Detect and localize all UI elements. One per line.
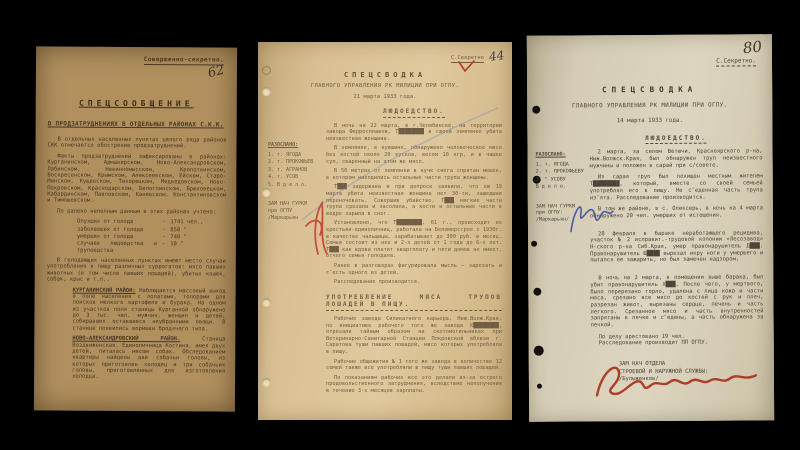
paragraph: КУРГАНИНСКИЙ РАЙОН: Наблюдается массовый…: [72, 287, 225, 333]
paragraph: В отдельных населенных пунктах целого ря…: [47, 136, 226, 150]
punch-hole: [262, 87, 271, 96]
stat-value: 1741 чел.,: [170, 219, 203, 226]
recipients-label: РАЗОСЛАНО:: [536, 151, 590, 158]
stats-row: заболевших от голода - 858 ": [77, 226, 226, 233]
document-right: 80 С.Секретно. СПЕЦСВОДКА ГЛАВНОГО УПРАВ…: [527, 34, 774, 421]
paragraph: В землянке, в кувшине, обнаружено челове…: [326, 145, 502, 165]
stat-label: заболевших от голода: [77, 226, 157, 233]
paragraph: В ночь на 2 марта, в помещении выше бара…: [590, 274, 763, 329]
recipient-item: 2. т. ПРОКОФЬЕВУ: [536, 168, 590, 175]
paragraph: 28 февраля в бараке неработающего рециди…: [590, 230, 763, 265]
footer-signature-block: ЗАМ НАЧ ОТДЕЛА СТРОЕВОЙ И НАРУЖНОЙ СЛУЖБ…: [619, 360, 764, 383]
recipient-item: 1. т. ЯГОДА: [268, 152, 324, 159]
doc-body: ЛЮДОЕДСТВО. 2 марта, за селом Ветючи, Кр…: [589, 134, 764, 384]
famine-stats-table: Опухших от голода - 1741 чел., заболевши…: [77, 219, 226, 255]
punch-hole: [262, 298, 271, 307]
stats-row: умерших от голода - 740 ": [77, 234, 226, 241]
signer-line: /Булыженков/: [619, 375, 764, 383]
doc-subtitle: О ПРОДЗАТРУДНЕНИЯХ В ОТДЕЛЬНЫХ РАЙОНАХ С…: [48, 120, 227, 128]
stat-dash: -: [162, 234, 165, 240]
signer-line: при ОГПУ: [268, 208, 324, 215]
doc-date: 21 марта 1933 года.: [258, 94, 512, 100]
distribution-block: РАЗОСЛАНО: 1. т. ЯГОДА 2. т. ПРОКОФЬЕВ 3…: [268, 142, 324, 221]
paragraph: Расследование производится.: [326, 279, 502, 286]
paragraph: НОВО-АЛЕКСАНДРОВСКИЙ РАЙОН. Станица Возд…: [72, 336, 225, 382]
doc-title: СПЕЦСООБЩЕНИЕ: [36, 98, 237, 108]
district-report: КУРГАНИНСКИЙ РАЙОН: Наблюдается массовый…: [72, 287, 225, 333]
stat-label: Опухших от голода: [77, 219, 157, 226]
recipients-list: 1. т. ЯГОДА 2. т. ПРОКОФЬЕВ 3. т. АГРАНО…: [268, 152, 324, 189]
doc-body: В отдельных населенных пунктах целого ря…: [46, 136, 226, 381]
section-heading: ЛЮДОЕДСТВО.: [645, 135, 707, 145]
stat-dash: -: [162, 241, 165, 254]
recipient-item: 3. " УСОВУ: [536, 176, 590, 183]
stat-value: 10 ": [170, 241, 183, 254]
paragraph: По показаниям рабочих все это делали из-…: [326, 375, 502, 395]
distribution-block: РАЗОСЛАНО: 1. т. ЯГОДА 2. т. ПРОКОФЬЕВУ …: [536, 151, 590, 223]
doc-title: СПЕЦСВОДКА: [527, 84, 772, 94]
signer-block: ЗАМ НАЧ ГУРКМ при ОГПУ: /Маркарьян/: [536, 203, 590, 224]
paragraph: Факты продзатруднений зафиксированы в ра…: [47, 153, 226, 205]
classification-stamp: С.Секретно: [451, 55, 484, 63]
recipient-item: 1. т. ЯГОДА: [536, 161, 590, 168]
signer-line: ЗАМ НАЧ ГУРКМ: [268, 201, 324, 208]
recipient-item: 3. т. АГРАНОВ: [268, 167, 324, 174]
document-middle: С.Секретно 44 СПЕЦСВОДКА ГЛАВНОГО УПРАВЛ…: [258, 42, 512, 420]
district-heading: КУРГАНИНСКИЙ РАЙОН:: [73, 287, 136, 293]
signer-line: /Маркарьян: [268, 215, 324, 222]
handwritten-page-number: 44: [488, 48, 505, 64]
punch-hole: [262, 378, 271, 387]
paragraph: Т███ задержана и при допросе заявила, чт…: [326, 184, 502, 217]
signer-line: /Маркарьян/: [536, 216, 590, 223]
stat-value: 858 ": [170, 227, 187, 233]
paragraph: В голодающих населенных пунктах имеют ме…: [47, 257, 226, 284]
paragraph: В ночь на 22 марта, в г.Челябинске, на т…: [326, 123, 502, 143]
document-left: Совершенно-секретно. 62 СПЕЦСООБЩЕНИЕ О …: [34, 46, 237, 411]
stat-value: 740 ": [170, 234, 187, 240]
paragraph: Рабочие завода Силикатного карьера, Ниж.…: [326, 316, 502, 356]
recipients-list: 1. т. ЯГОДА 2. т. ПРОКОФЬЕВУ 3. " УСОВУ …: [536, 161, 590, 190]
paragraph: Рабочие общежития № 1 того же завода в к…: [326, 359, 502, 372]
paragraph: Установлено, что Т████████, 61 г., проис…: [326, 220, 502, 260]
section-heading: ЛЮДОЕДСТВО.: [383, 108, 445, 118]
district-report: НОВО-АЛЕКСАНДРОВСКИЙ РАЙОН. Станица Возд…: [72, 336, 225, 382]
stat-label: умерших от голода: [77, 234, 157, 241]
doc-body: ЛЮДОЕДСТВО. В ночь на 22 марта, в г.Челя…: [326, 108, 502, 395]
doc-org-line: ГЛАВНОГО УПРАВЛЕНИЯ РК МИЛИЦИИ ПРИ ОГПУ.: [527, 102, 772, 109]
stat-dash: -: [162, 227, 165, 233]
recipient-item: 4. т. УСОВ: [268, 174, 324, 181]
paragraph: В 50 метрах от землянки в куче снега спр…: [326, 168, 502, 181]
stats-row: случаев людоедства и трупоедства - 10 ": [77, 241, 226, 255]
paragraph: 2 марта, за селом Ветючи, Красноярского …: [590, 149, 763, 170]
section-heading: УПОТРЕБЛЕНИЕ МЯСА ТРУПОВ ЛОШАДЕЙ В ПИЩУ.: [326, 294, 502, 311]
punch-hole: [532, 106, 540, 114]
doc-org-line: ГЛАВНОГО УПРАВЛЕНИЯ РК МИЛИЦИИ ПРИ ОГПУ.: [258, 83, 512, 89]
paragraph: Ранее в разговорах фигурировала мысль — …: [326, 263, 502, 276]
paragraph: Из сарая труп был похищен местным жителе…: [590, 174, 763, 202]
paragraph: Расследование производит ПП ОГПУ.: [591, 340, 764, 348]
punch-hole: [531, 241, 537, 247]
district-text: Станица Воздвиженская. Единоличница Кост…: [72, 337, 225, 381]
stats-intro: По далеко неполным данным в этих районах…: [47, 208, 226, 215]
stat-dash: -: [162, 219, 165, 225]
stats-row: Опухших от голода - 1741 чел.,: [77, 219, 226, 226]
recipient-item: В д е л о.: [536, 183, 590, 190]
recipients-label: РАЗОСЛАНО:: [268, 142, 324, 149]
classification-stamp: С.Секретно.: [716, 57, 756, 66]
punch-hole: [533, 288, 541, 296]
handwritten-page-number: 80: [742, 37, 763, 57]
punch-hole: [537, 384, 542, 389]
punch-hole: [534, 346, 544, 356]
signer-block: ЗАМ НАЧ ГУРКМ при ОГПУ /Маркарьян: [268, 201, 324, 221]
doc-date: 14 марта 1933 года.: [527, 117, 772, 124]
paragraph: В том же районе, в с. Олексерь, в ночь н…: [590, 206, 763, 220]
stat-label: случаев людоедства и трупоедства: [77, 241, 157, 254]
recipient-item: 5. В д е л о.: [268, 182, 324, 189]
doc-title: СПЕЦСВОДКА: [258, 71, 512, 79]
recipient-item: 2. т. ПРОКОФЬЕВ: [268, 159, 324, 166]
punch-hole: [262, 66, 271, 75]
district-text: Наблюдается массовый выход в поле населе…: [72, 288, 225, 333]
